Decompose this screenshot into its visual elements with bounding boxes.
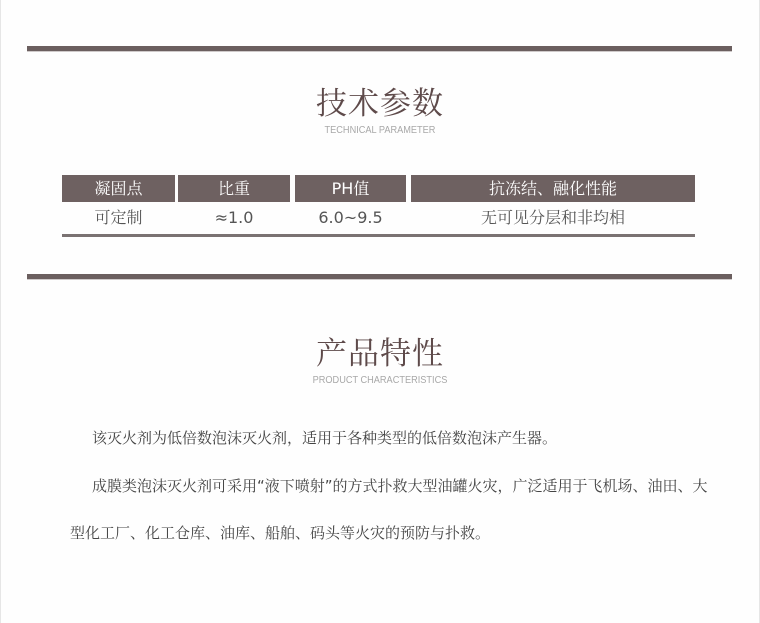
technical-subtitle: TECHNICAL PARAMETER <box>30 125 729 137</box>
table-header-cell: PH值 <box>295 175 406 202</box>
characteristics-subtitle: PRODUCT CHARACTERISTICS <box>30 375 729 387</box>
table-cell: ≈1.0 <box>178 202 290 233</box>
characteristics-paragraph: 成膜类泡沫灭火剂可采用“液下喷射”的方式扑救大型油罐火灾，广泛适用于飞机场、油田… <box>70 463 710 557</box>
table-header-cell: 比重 <box>178 175 290 202</box>
characteristics-paragraph: 该灭火剂为低倍数泡沫灭火剂，适用于各种类型的低倍数泡沫产生器。 <box>70 415 710 462</box>
table-header-row: 凝固点 比重 PH值 抗冻结、融化性能 <box>62 175 695 202</box>
technical-title: 技术参数 <box>0 86 760 122</box>
table-cell: 可定制 <box>62 202 175 233</box>
section-divider-middle <box>27 274 732 279</box>
table-header-cell: 抗冻结、融化性能 <box>411 175 695 202</box>
table-row: 可定制 ≈1.0 6.0~9.5 无可见分层和非均相 <box>62 202 695 233</box>
parameter-table: 凝固点 比重 PH值 抗冻结、融化性能 可定制 ≈1.0 6.0~9.5 无可见… <box>62 175 695 233</box>
section-divider-top <box>27 46 732 51</box>
characteristics-title: 产品特性 <box>0 336 760 372</box>
table-cell: 6.0~9.5 <box>295 202 406 233</box>
table-cell: 无可见分层和非均相 <box>411 202 695 233</box>
table-header-cell: 凝固点 <box>62 175 175 202</box>
table-bottom-border <box>62 234 695 237</box>
